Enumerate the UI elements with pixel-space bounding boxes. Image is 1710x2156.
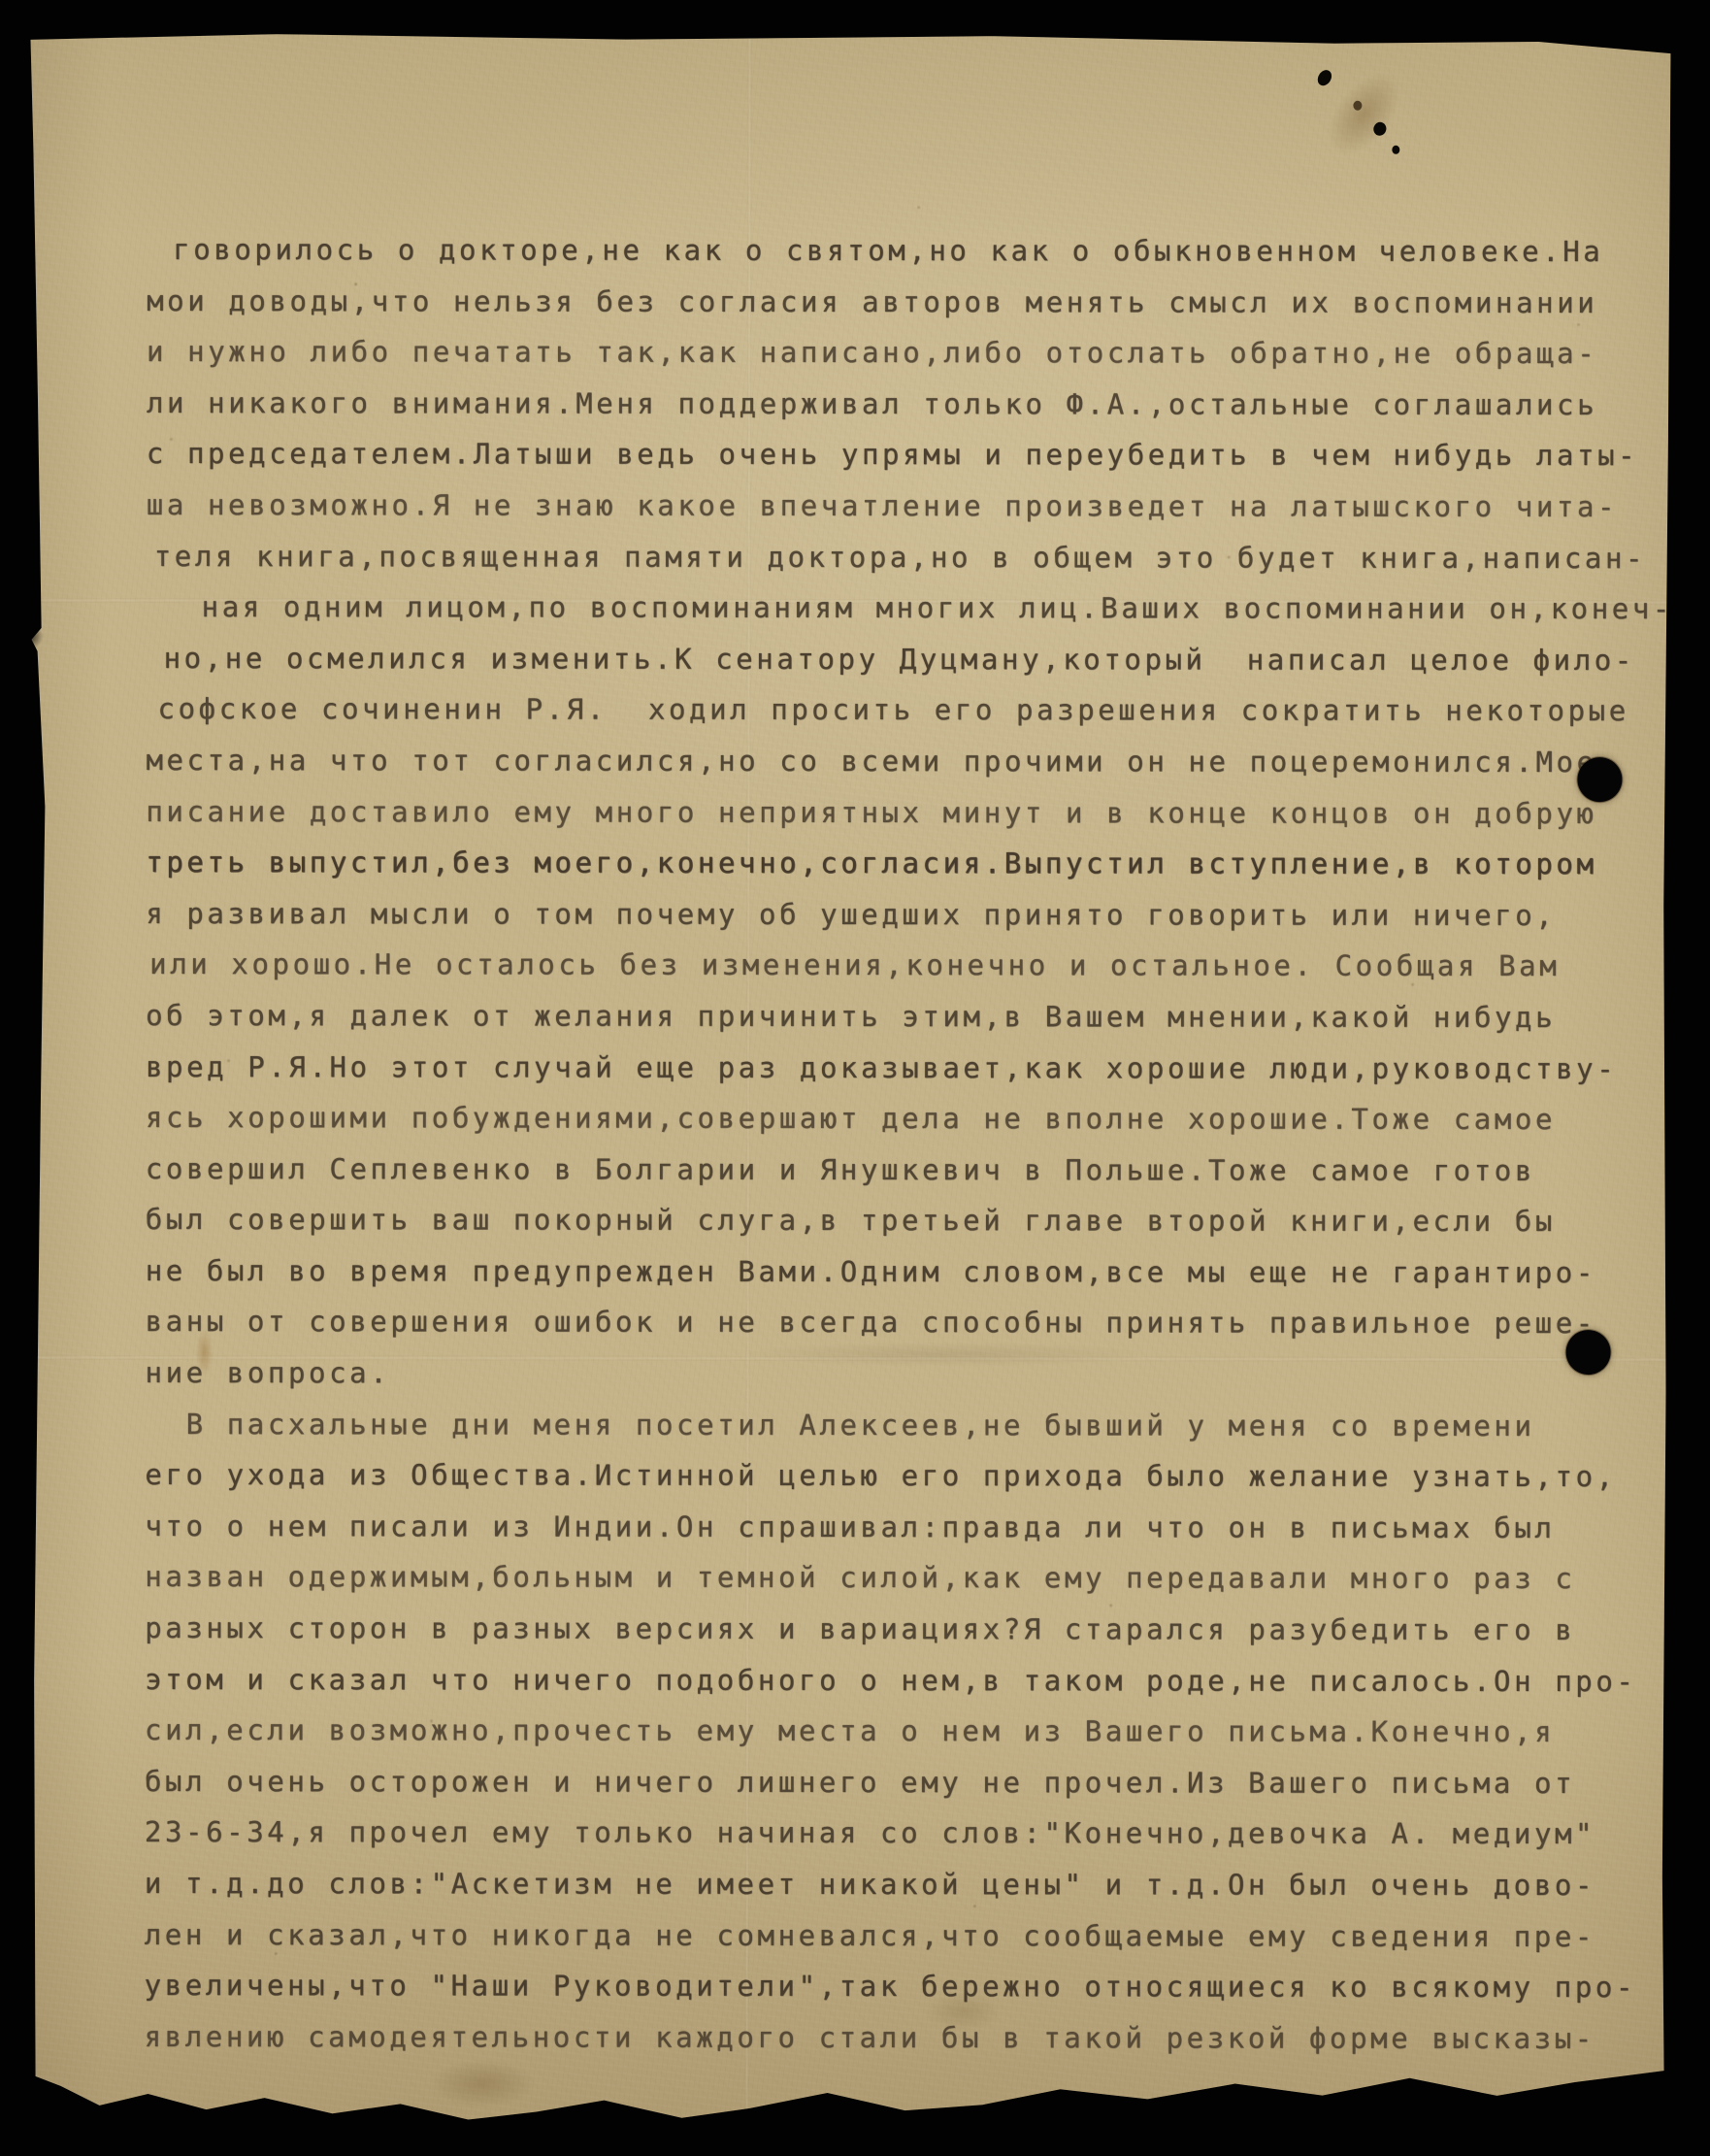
- text-line: его ухода из Общества.Истинной целью его…: [145, 1449, 1659, 1503]
- text-line: об этом,я далек от желания причинить эти…: [146, 990, 1660, 1044]
- text-line: не был во время предупрежден Вами.Одним …: [146, 1245, 1660, 1299]
- text-line: и нужно либо печатать так,как написано,л…: [147, 326, 1661, 380]
- text-line: треть выпустил,без моего,конечно,согласи…: [146, 837, 1660, 890]
- edge-nick: [30, 624, 44, 649]
- punch-hole-bottom: [1566, 1330, 1611, 1375]
- text-line: что о нем писали из Индии.Он спрашивал:п…: [145, 1501, 1659, 1554]
- text-line: ша невозможно.Я не знаю какое впечатлени…: [147, 480, 1661, 533]
- text-line: теля книга,посвященная памяти доктора,но…: [154, 531, 1661, 584]
- text-line: увеличены,что "Наши Руководители",так бе…: [145, 1960, 1659, 2013]
- text-line: но,не осмелился изменить.К сенатору Дуцм…: [164, 633, 1661, 686]
- text-line: ваны от совершения ошибок и не всегда сп…: [146, 1296, 1660, 1349]
- text-line: я развивал мысли о том почему об ушедших…: [146, 888, 1660, 942]
- text-line: этом и сказал что ничего подобного о нем…: [145, 1654, 1659, 1708]
- typewritten-text: говорилось о докторе,не как о святом,но …: [145, 224, 1661, 2065]
- text-line: софское сочиненин Р.Я. ходил просить его…: [157, 683, 1660, 737]
- text-line: ная одним лицом,по воспоминаниям многих …: [202, 581, 1661, 635]
- punch-hole-top: [1577, 757, 1622, 802]
- text-line: сил,если возможно,прочесть ему места о н…: [145, 1705, 1659, 1758]
- document-page: говорилось о докторе,не как о святом,но …: [21, 30, 1674, 2125]
- text-line: был совершить ваш покорный слуга,в треть…: [146, 1194, 1660, 1247]
- text-line: говорилось о докторе,не как о святом,но …: [173, 224, 1661, 278]
- text-line: ли никакого внимания.Меня поддерживал то…: [147, 378, 1661, 431]
- paper-speckles: [25, 30, 28, 33]
- text-line: разных сторон в разных версиях и вариаци…: [145, 1603, 1659, 1656]
- text-line: совершил Сеплевенко в Болгарии и Янушкев…: [146, 1144, 1660, 1197]
- text-line: 23-6-34,я прочел ему только начиная со с…: [145, 1807, 1659, 1860]
- wormhole-damage: [1392, 146, 1399, 154]
- text-line: и т.д.до слов:"Аскетизм не имеет никакой…: [145, 1858, 1659, 1911]
- wormhole-damage: [1353, 101, 1362, 111]
- text-line: с председателем.Латыши ведь очень упрямы…: [147, 428, 1661, 481]
- text-line: назван одержимым,больным и темной силой,…: [145, 1551, 1659, 1605]
- scan-background: говорилось о докторе,не как о святом,но …: [0, 0, 1710, 2156]
- text-line: писание доставило ему много неприятных м…: [146, 786, 1660, 840]
- text-line: явлению самодеятельности каждого стали б…: [145, 2011, 1659, 2065]
- text-line: или хорошо.Не осталось без изменения,кон…: [149, 939, 1660, 992]
- text-line: места,на что тот согласился,но со всеми …: [146, 735, 1660, 788]
- text-line: лен и сказал,что никогда не сомневался,ч…: [145, 1909, 1659, 1963]
- text-line: был очень осторожен и ничего лишнего ему…: [145, 1756, 1659, 1809]
- stain: [430, 2059, 537, 2107]
- corner-damage-smudge: [1293, 43, 1435, 186]
- text-line: мои доводы,что нельзя без согласия автор…: [147, 276, 1661, 329]
- text-line: В пасхальные дни меня посетил Алексеев,н…: [145, 1399, 1659, 1452]
- text-line: ясь хорошими побуждениями,совершают дела…: [146, 1092, 1660, 1145]
- text-line: ние вопроса.: [146, 1347, 1660, 1401]
- text-line: вред Р.Я.Но этот случай еще раз доказыва…: [146, 1041, 1660, 1094]
